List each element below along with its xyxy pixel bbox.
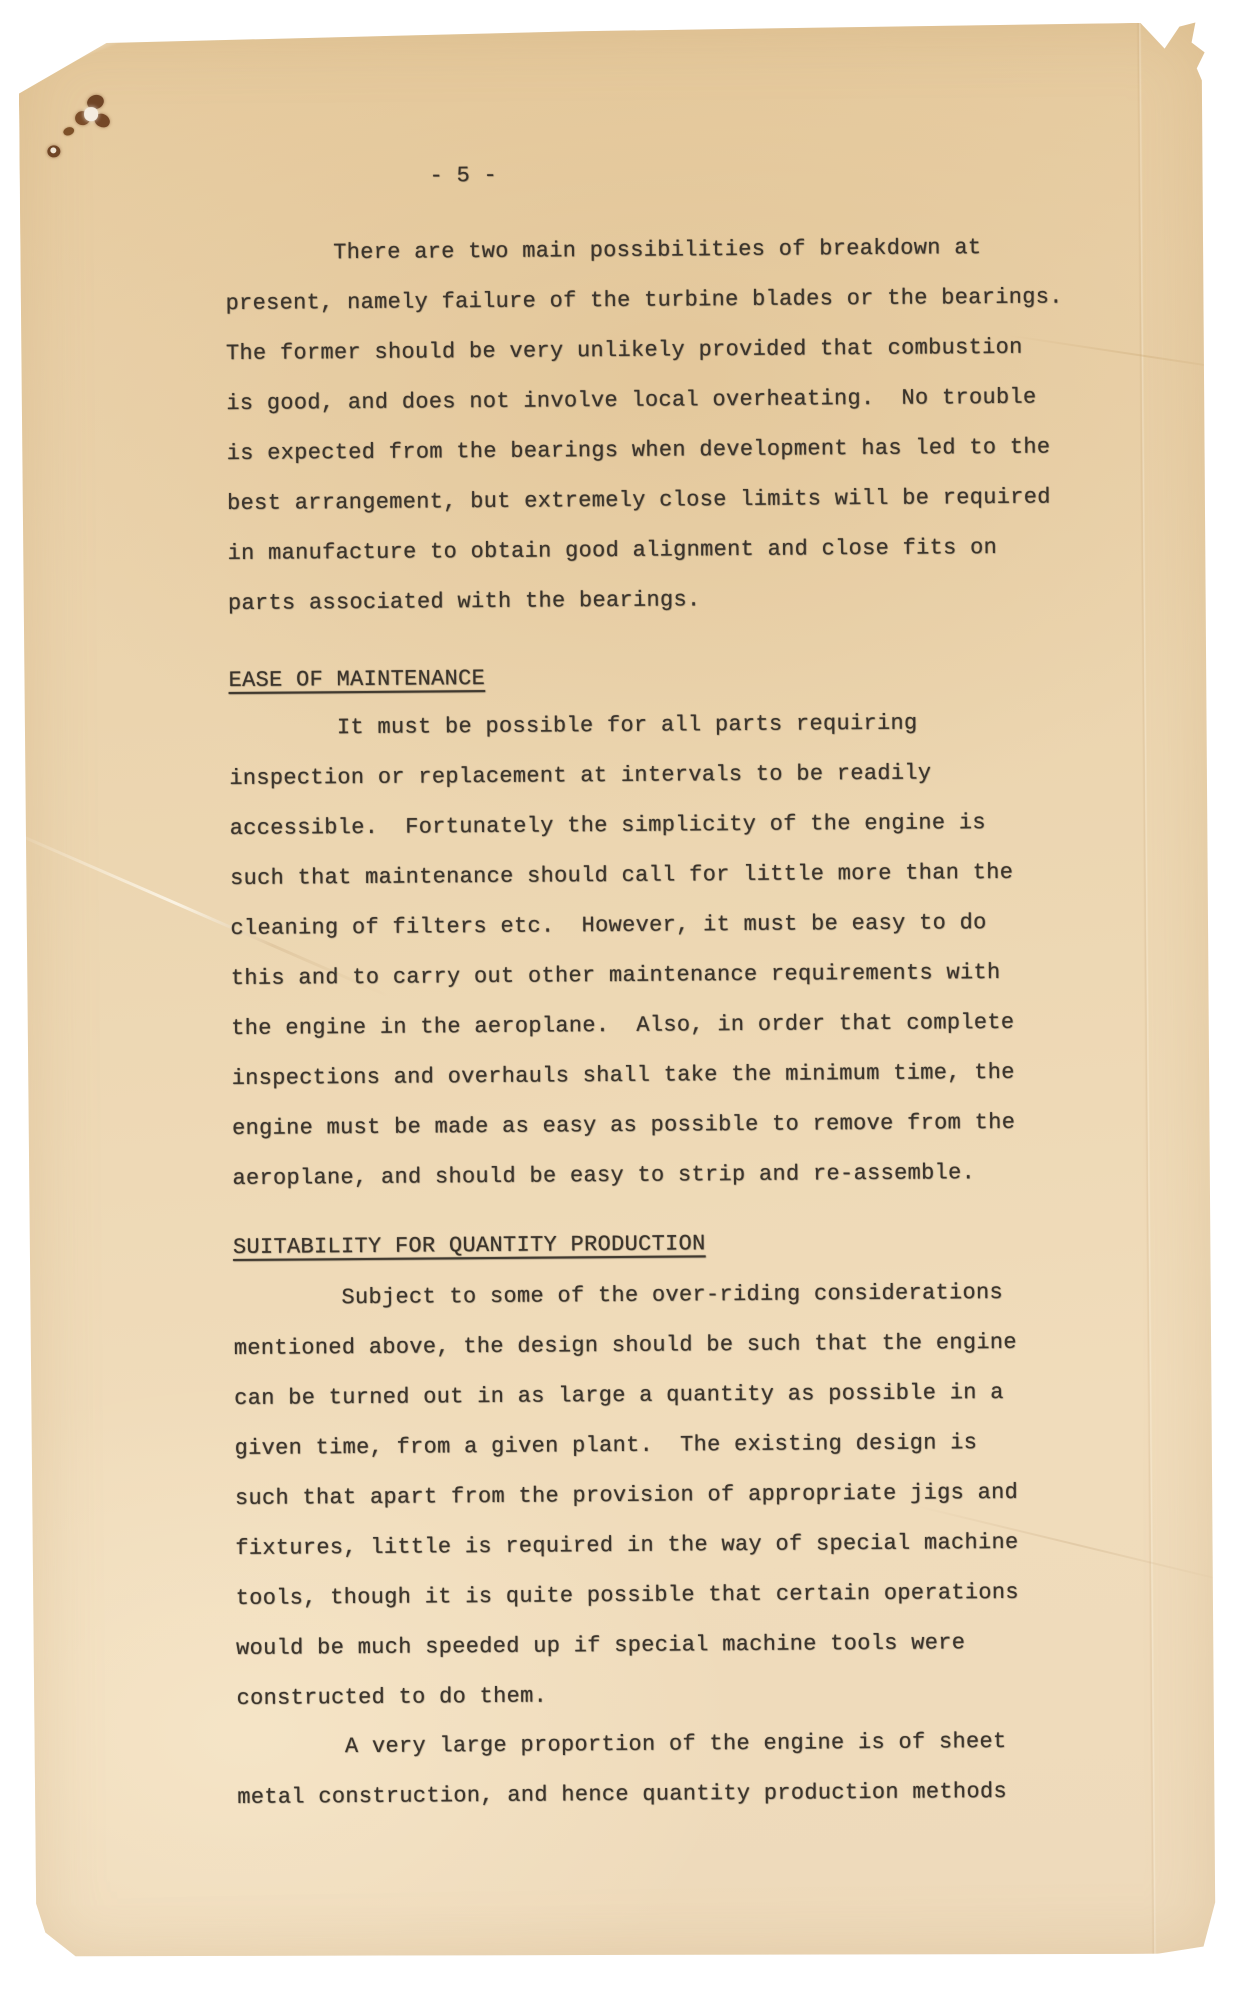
text-line: cleaning of filters etc. However, it mus… [230, 898, 1013, 954]
scan-background: - 5 - There are two main possibilities o… [0, 0, 1249, 2000]
text-line: Subject to some of the over-riding consi… [233, 1268, 1016, 1324]
paper-hole [50, 147, 56, 153]
text-line: can be turned out in as large a quantity… [234, 1368, 1017, 1424]
text-line: is expected from the bearings when devel… [227, 422, 1065, 479]
text-line: such that apart from the provision of ap… [235, 1468, 1018, 1524]
paragraph-breakdown: There are two main possibilities of brea… [225, 222, 1065, 629]
text-line: tools, though it is quite possible that … [236, 1568, 1019, 1624]
section-heading-ease-of-maintenance: EASE OF MAINTENANCE [228, 654, 485, 706]
text-line: mentioned above, the design should be su… [234, 1318, 1017, 1374]
text-line: given time, from a given plant. The exis… [234, 1418, 1017, 1474]
section-heading-quantity-production: SUITABILITY FOR QUANTITY PRODUCTION [233, 1219, 706, 1273]
text-line: in manufacture to obtain good alignment … [227, 522, 1065, 579]
torn-corner-chip [23, 27, 124, 79]
rust-stain [47, 87, 128, 178]
text-line: such that maintenance should call for li… [230, 848, 1013, 904]
paper-crease [1136, 23, 1156, 1956]
paragraph-production-2: A very large proportion of the engine is… [237, 1717, 1007, 1823]
text-line: engine must be made as easy as possible … [232, 1098, 1015, 1154]
text-line: A very large proportion of the engine is… [237, 1717, 1007, 1773]
paragraph-production-1: Subject to some of the over-riding consi… [233, 1268, 1020, 1724]
text-line: metal construction, and hence quantity p… [237, 1767, 1007, 1823]
text-line: parts associated with the bearings. [228, 572, 1066, 629]
paper-hole [84, 107, 98, 121]
text-line: fixtures, little is required in the way … [235, 1518, 1018, 1574]
text-line: constructed to do them. [236, 1668, 1019, 1724]
text-line: this and to carry out other maintenance … [231, 948, 1014, 1004]
text-line: best arrangement, but extremely close li… [227, 472, 1065, 529]
heading-text: SUITABILITY FOR QUANTITY PRODUCTION [233, 1231, 706, 1260]
text-line: present, namely failure of the turbine b… [225, 272, 1063, 329]
text-line: accessible. Fortunately the simplicity o… [230, 798, 1013, 854]
text-line: It must be possible for all parts requir… [229, 698, 1012, 754]
rust-spot [62, 126, 75, 137]
page-number: - 5 - [429, 151, 497, 202]
heading-text: EASE OF MAINTENANCE [228, 666, 485, 693]
text-line: would be much speeded up if special mach… [236, 1618, 1019, 1674]
paragraph-maintenance: It must be possible for all parts requir… [229, 698, 1016, 1204]
text-line: the engine in the aeroplane. Also, in or… [231, 998, 1014, 1054]
text-line: inspection or replacement at intervals t… [229, 748, 1012, 804]
text-line: inspections and overhauls shall take the… [231, 1048, 1014, 1104]
document-page: - 5 - There are two main possibilities o… [18, 22, 1219, 1964]
text-line: aeroplane, and should be easy to strip a… [232, 1148, 1015, 1204]
text-line: The former should be very unlikely provi… [226, 322, 1064, 379]
text-line: is good, and does not involve local over… [226, 372, 1064, 429]
text-line: There are two main possibilities of brea… [225, 222, 1063, 279]
